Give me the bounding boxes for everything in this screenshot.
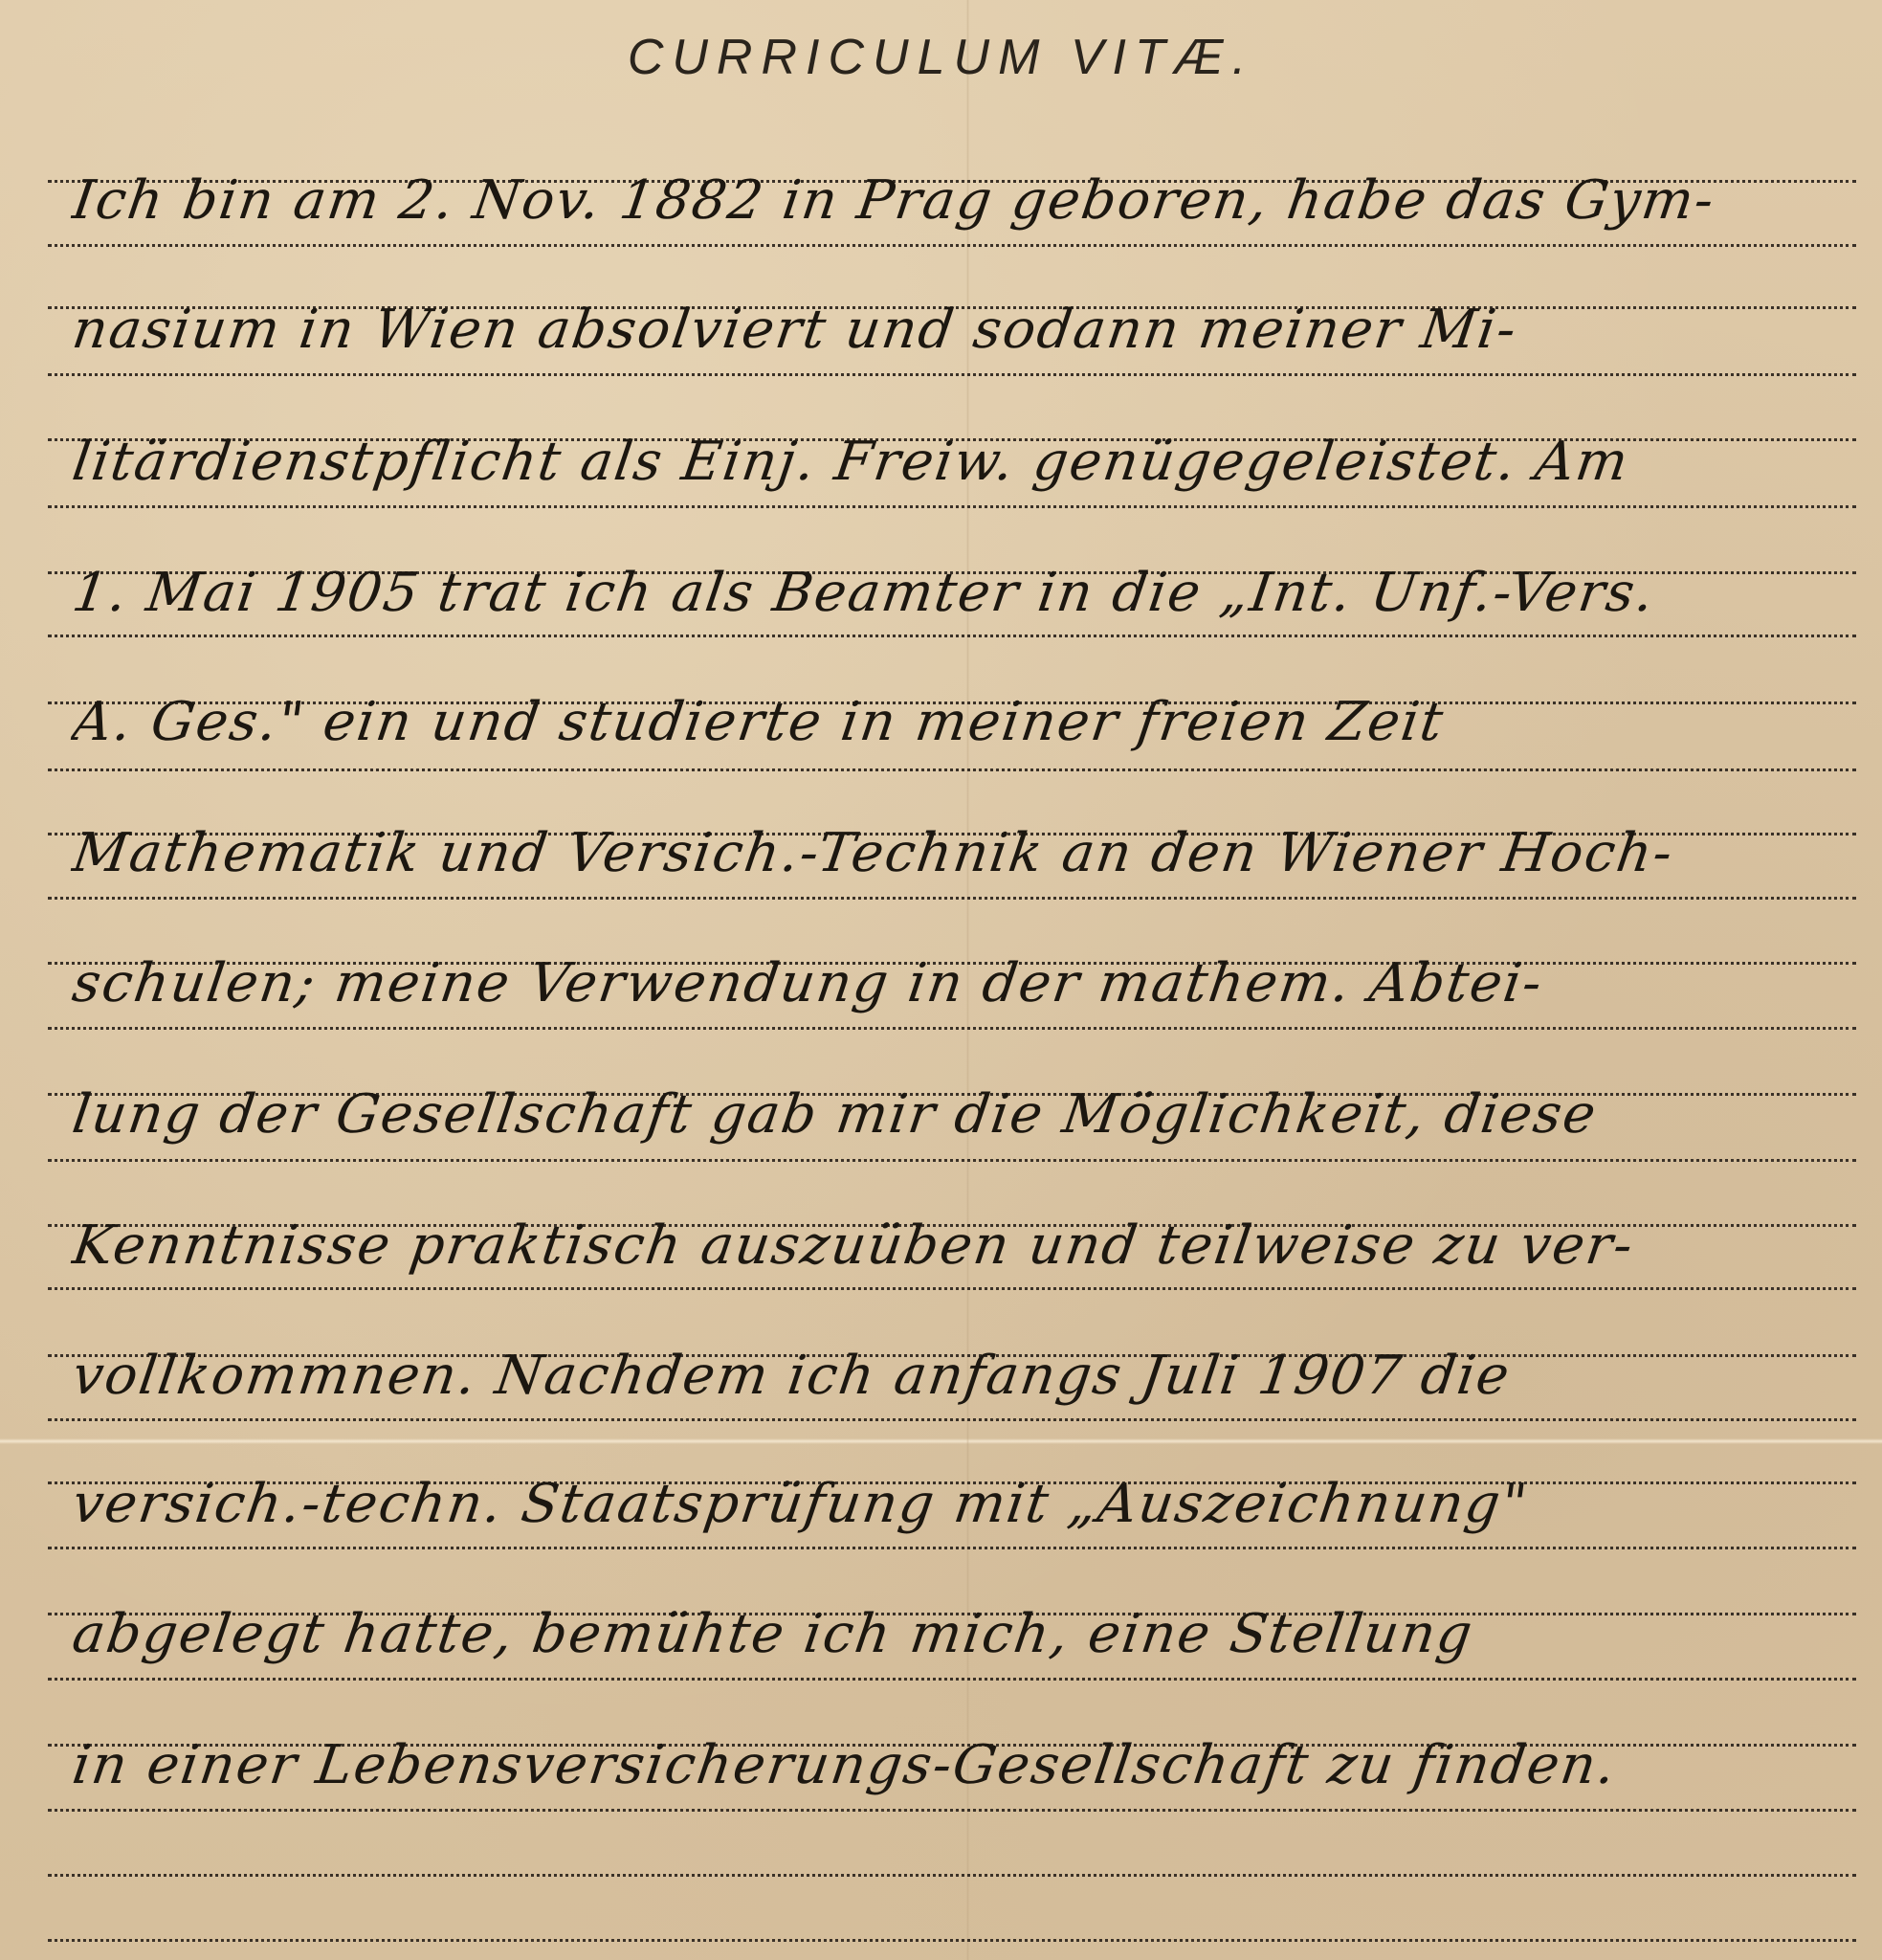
ruled-line (48, 1678, 1856, 1681)
handwritten-line-7: schulen; meine Verwendung in der mathem.… (67, 941, 1859, 1027)
ruled-line (48, 1874, 1856, 1877)
ruled-line (48, 1939, 1856, 1942)
handwritten-line-5: A. Ges." ein und studierte in meiner fre… (67, 679, 1859, 766)
ruled-line (48, 1159, 1856, 1162)
ruled-line (48, 505, 1856, 508)
ruled-line (48, 1809, 1856, 1812)
ruled-line (48, 768, 1856, 771)
handwritten-line-1: Ich bin am 2. Nov. 1882 in Prag geboren,… (67, 158, 1859, 244)
paper-fold-horizontal (0, 1438, 1882, 1444)
document-title: CURRICULUM VITÆ. (0, 29, 1882, 86)
handwritten-line-10: vollkommnen. Nachdem ich anfangs Juli 19… (67, 1333, 1859, 1419)
ruled-line (48, 1027, 1856, 1030)
handwritten-line-9: Kenntnisse praktisch auszuüben und teilw… (67, 1203, 1859, 1289)
handwritten-line-13: in einer Lebensversicherungs-Gesellschaf… (67, 1723, 1859, 1809)
handwritten-line-3: litärdienstpflicht als Einj. Freiw. genü… (67, 419, 1859, 505)
handwritten-line-6: Mathematik und Versich.-Technik an den W… (67, 811, 1859, 897)
ruled-line (48, 244, 1856, 247)
handwritten-line-2: nasium in Wien absolviert und sodann mei… (67, 287, 1859, 373)
handwritten-line-11: versich.-techn. Staatsprüfung mit „Ausze… (67, 1461, 1859, 1548)
ruled-line (48, 897, 1856, 900)
handwritten-line-8: lung der Gesellschaft gab mir die Möglic… (67, 1072, 1859, 1158)
ruled-line (48, 373, 1856, 376)
handwritten-line-4: 1. Mai 1905 trat ich als Beamter in die … (67, 550, 1859, 636)
handwritten-line-12: abgelegt hatte, bemühte ich mich, eine S… (67, 1592, 1859, 1678)
